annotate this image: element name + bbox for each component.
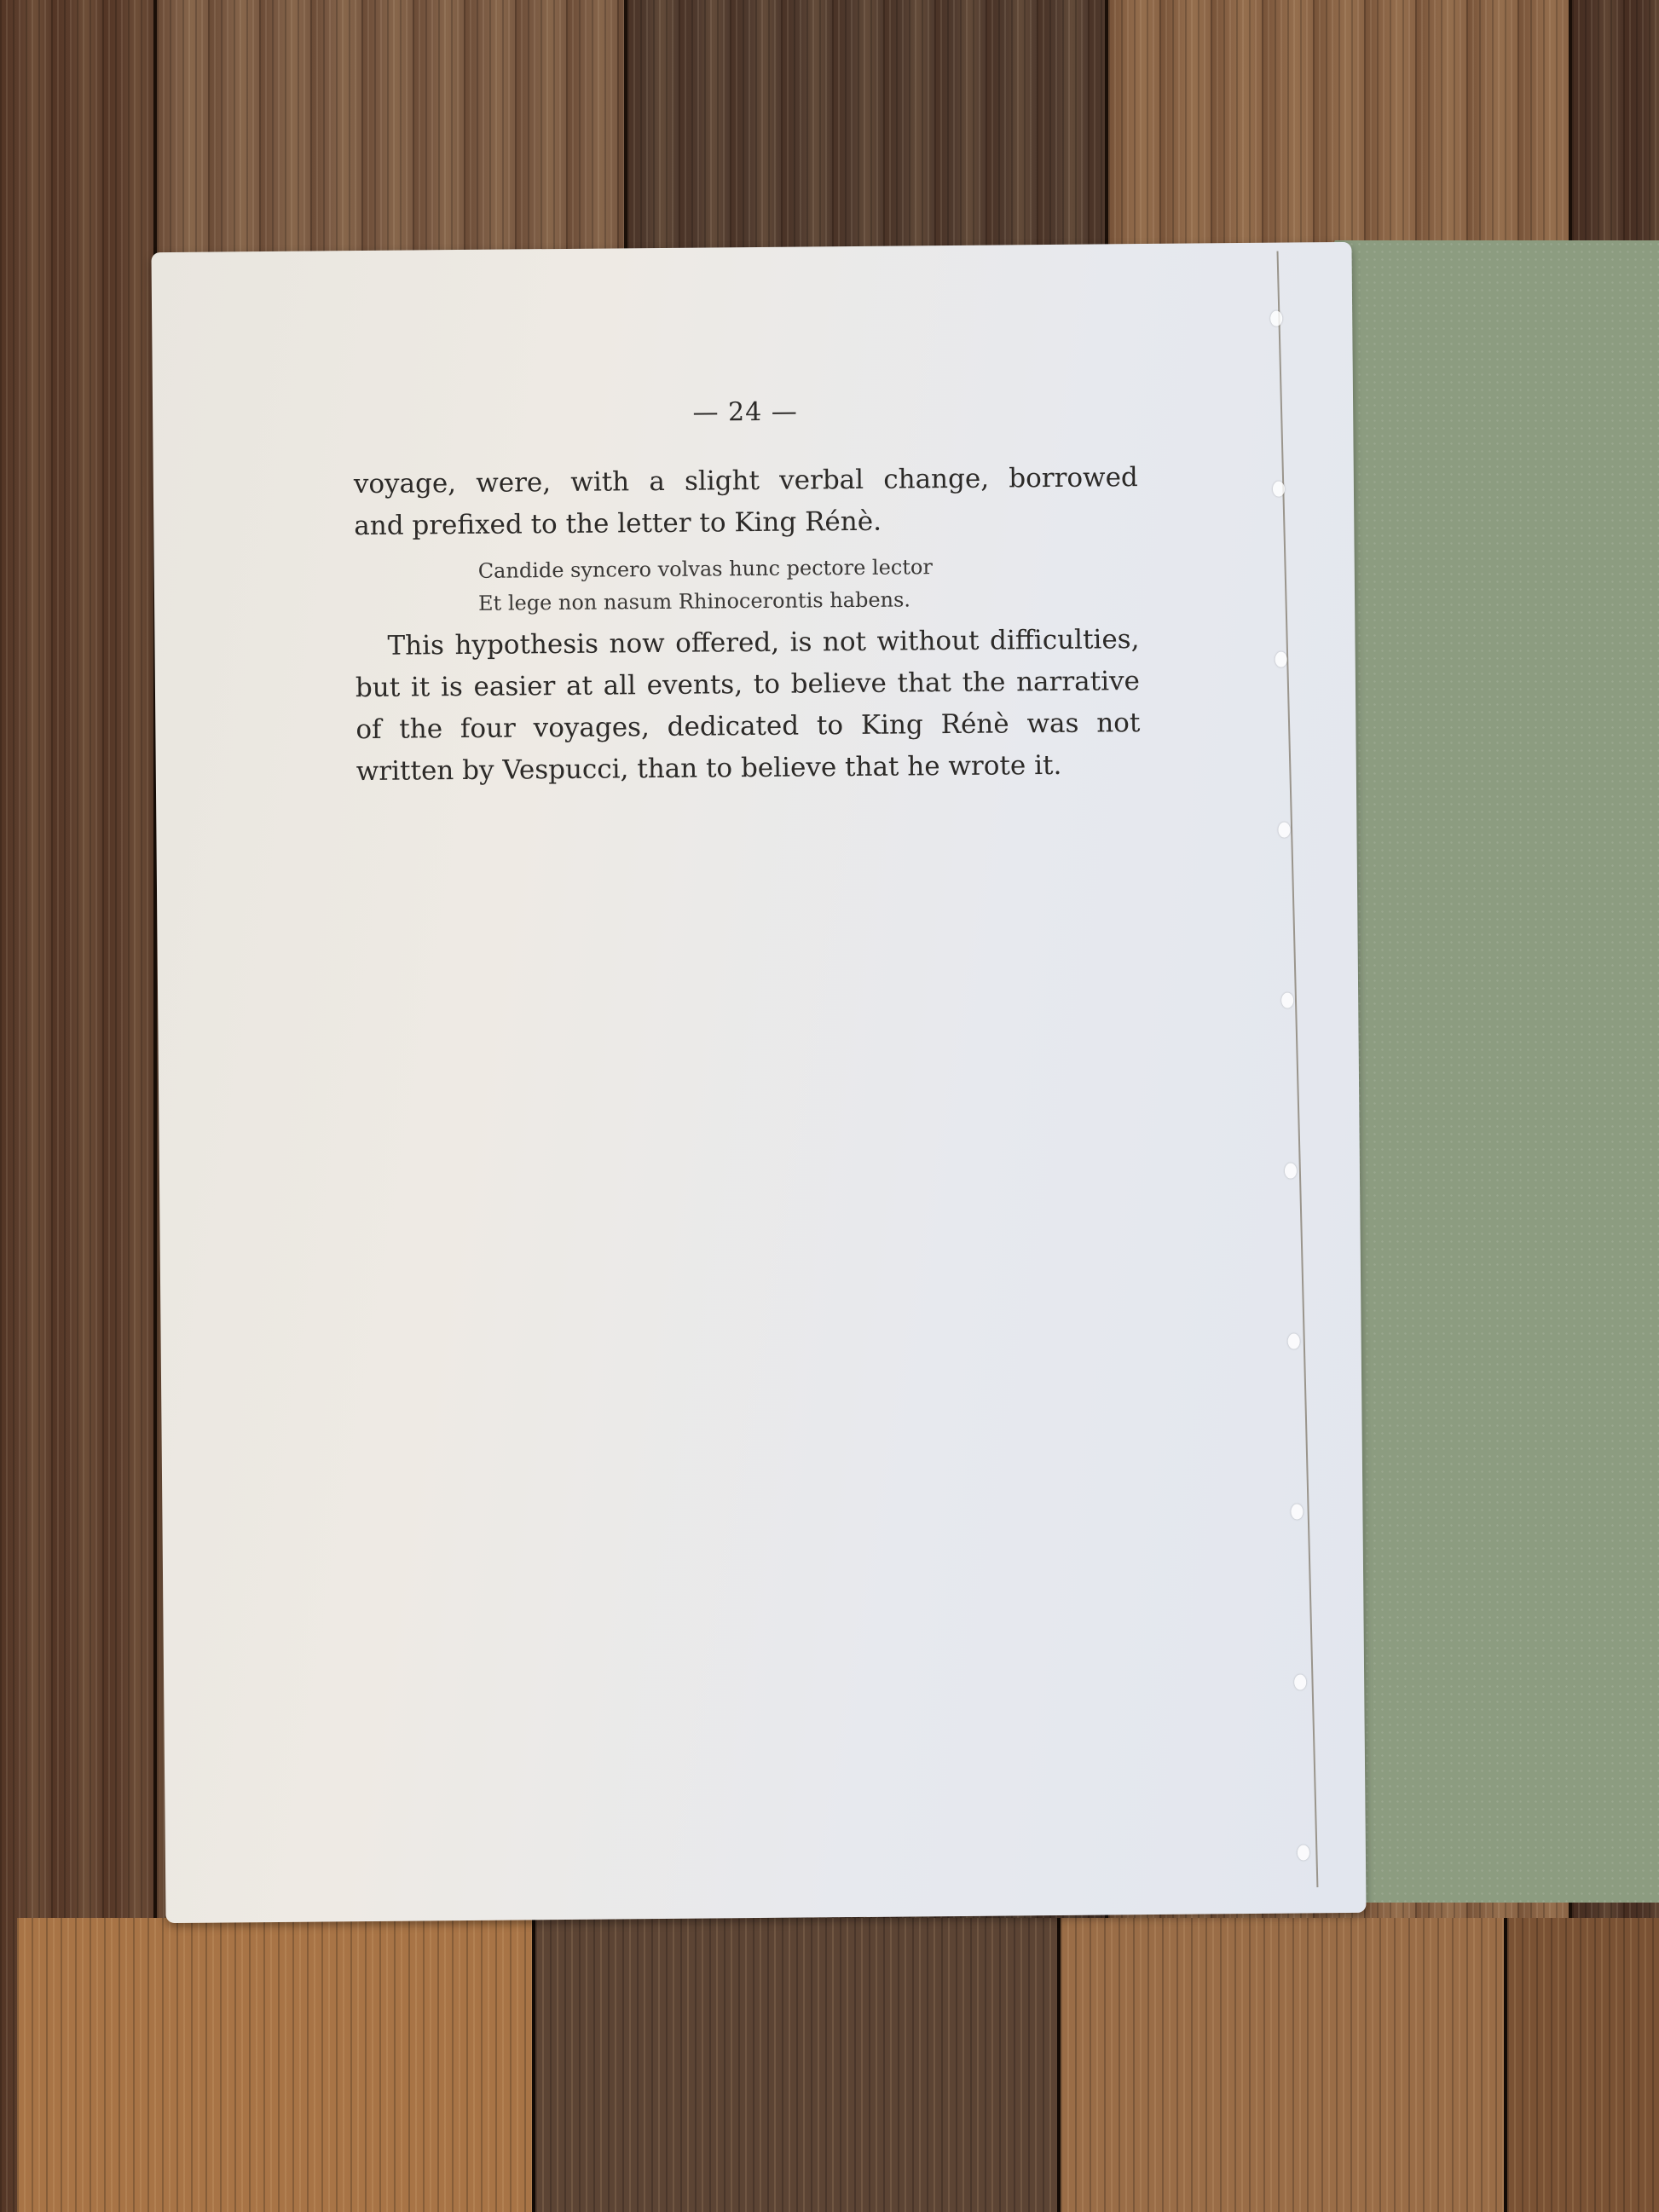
stitch-knot-icon (1278, 823, 1290, 838)
printed-page: — 24 — voyage, were, with a slight verba… (151, 242, 1366, 1923)
stitch-knot-icon (1291, 1504, 1303, 1519)
stitch-knot-icon (1298, 1845, 1309, 1860)
paragraph-conclusion: This hypothesis now offered, is not with… (355, 619, 1141, 793)
text-line: of the four voyages, dedicated to King R… (355, 702, 1140, 751)
stitch-knot-icon (1273, 482, 1285, 497)
floor-plank (535, 1918, 1061, 2212)
latin-quotation: Candide syncero volvas hunc pectore lect… (478, 551, 934, 620)
stitch-knot-icon (1285, 1163, 1297, 1178)
text-line: written by Vespucci, than to believe tha… (356, 744, 1141, 793)
floor-plank (1061, 1918, 1507, 2212)
paragraph-continuation: voyage, were, with a slight verbal chang… (354, 457, 1139, 547)
text-line: This hypothesis now offered, is not with… (355, 619, 1139, 667)
floor-plank (0, 0, 157, 2212)
stitch-knot-icon (1270, 311, 1282, 326)
stitch-knot-icon (1275, 652, 1287, 667)
text-line: voyage, were, with a slight verbal chang… (354, 457, 1138, 505)
page-number: — 24 — (353, 394, 1137, 430)
quote-line: Candide syncero volvas hunc pectore lect… (478, 551, 933, 587)
text-line: but it is easier at all events, to belie… (355, 661, 1140, 709)
floor-plank (1507, 1918, 1659, 2212)
green-paper-cover (1317, 240, 1659, 1903)
stitch-knot-icon (1281, 993, 1293, 1008)
floor-lower-planks (0, 1918, 1659, 2212)
text-line: and prefixed to the letter to King Rénè. (354, 499, 1138, 547)
stitch-knot-icon (1288, 1333, 1300, 1349)
quote-line: Et lege non nasum Rhinocerontis habens. (478, 583, 933, 620)
binding-stitch (1277, 251, 1319, 1887)
stitch-knot-icon (1294, 1674, 1306, 1689)
floor-plank (17, 1918, 535, 2212)
